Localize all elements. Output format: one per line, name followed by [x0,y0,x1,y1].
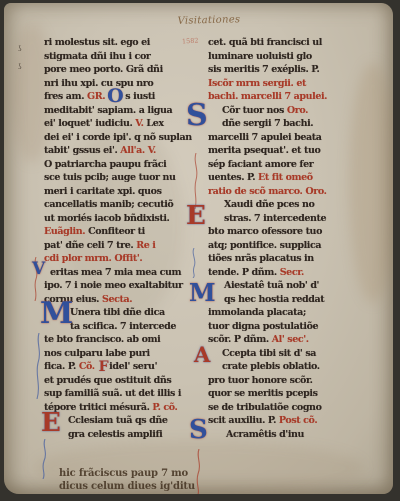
text-line: bachi. marcelli 7 apulei. [208,90,372,104]
initial-m-maiestatem: M [189,281,216,305]
text-line: pro tuor honore scõr. [208,374,372,388]
text-line: Cclesiam tuã qs dñe [44,414,200,428]
text-line: tépore tritici mésurã. P. cõ. [44,401,200,415]
text-line: Iscõr mrm sergii. et [208,77,372,91]
text-line: sup familiã suã. ut det illis i [44,387,200,401]
text-line: ipo. 7 i noie meo exaltabitur [44,279,200,293]
text-column-right: cet. quã bti francisci ulluminare uoluis… [208,36,372,441]
text-line: crate plebis oblatio. [208,360,372,374]
text-line: scõr. P dñm. Al' sec'. [208,333,372,347]
text-line: fica. P. Cõ. Fidel' seru' [44,360,200,374]
text-line: atq; pontifice. supplica [208,239,372,253]
text-line: tiões nrãs placatus in [208,252,372,266]
initial-v-veritas: V [32,261,45,278]
initial-a-accepta: A [194,344,210,365]
added-note: hic frãciscus paup 7 modicus celum diues… [59,467,195,493]
text-line: merita psequat'. et tuo [208,144,372,158]
text-line: fres am. GR.Os iusti [44,90,200,104]
text-line: sis meritis 7 exéplis. P. [208,63,372,77]
text-line: cet. quã bti francisci ul [208,36,372,50]
text-line: tuor digna postulatiõe [208,320,372,334]
penwork-flourish [190,248,198,282]
text-line: stras. 7 intercedente [208,212,372,226]
text-column-left: ri molestus sit. ego eistigmata dñi ihu … [44,36,200,441]
text-line: uentes. P. Et fit omeõ [208,171,372,185]
text-line: qs hec hostia reddat [208,293,372,307]
manuscript-page: Visitationes 1582 ʖ ʖ ri molestus sit. e… [4,3,393,494]
added-note-line: dicus celum diues ig'ditu [59,480,195,493]
text-line: Xaudi dñe pces no [208,198,372,212]
initial-e-exaudi: E [186,203,206,229]
text-line: cdi plor mrm. Offit'. [44,252,200,266]
text-line: ratio de scõ marco. Oro. [208,185,372,199]
text-line: immolanda placata; [208,306,372,320]
text-line: ri molestus sit. ego ei [44,36,200,50]
text-line: meditabit' sapiam. a ligua [44,104,200,118]
pen-trial-mark: ʖ [18,63,22,71]
text-line: dñe sergii 7 bachi. [208,117,372,131]
text-line: marcelli 7 apulei beata [208,131,372,145]
text-line: te bto francisco. ab omi [44,333,200,347]
text-line: Euãglin. Confiteor ti [44,225,200,239]
text-line: luminare uoluisti glo [208,50,372,64]
text-line: cancellatis manib; cecutiõ [44,198,200,212]
text-line: ei' loquet' iudiciu. V. Lex [44,117,200,131]
text-line: se de tribulatiõe cogno [208,401,372,415]
text-line: Ccepta tibi sit d' sa [208,347,372,361]
text-line: sép faciant amore fer [208,158,372,172]
text-line: pore meo porto. Grã dñi [44,63,200,77]
text-line: meri i caritate xpi. quos [44,185,200,199]
text-line: pat' dñe celi 7 tre. Re i [44,239,200,253]
text-line: O patriarcha paupu frãci [44,158,200,172]
text-line: eritas mea 7 mia mea cum [44,266,200,280]
text-line: nos culparu labe puri [44,347,200,361]
penwork-flourish [40,439,49,483]
text-line: Acramêtis d'inu [208,428,372,442]
text-line: sce tuis pcib; auge tuor nu [44,171,200,185]
text-line: scit auxiliu. P. Post cõ. [208,414,372,428]
pen-trial-mark: ʖ [18,45,22,53]
text-line: tabit' gssus ei'. All'a. V. [44,144,200,158]
text-line: stigmata dñi ihu i cor [44,50,200,64]
initial-s-sanctorum: S [186,101,208,131]
text-line: quor se meritis pcepis [208,387,372,401]
photo-background: Visitationes 1582 ʖ ʖ ri molestus sit. e… [0,0,400,501]
penwork-flourish [34,333,43,403]
text-line: tende. P dñm. Secr. [208,266,372,280]
text-line: et prudés que ostituit dñs [44,374,200,388]
text-line: bto marco ofessore tuo [208,225,372,239]
initial-e-ecclesiam: E [41,410,61,436]
penwork-flourish [194,449,203,494]
text-line: Cõr tuor nos Oro. [208,104,372,118]
text-line: ut moriés iacob bñdixisti. [44,212,200,226]
text-line: gra celestis amplifi [44,428,200,442]
text-line: Aiestatê tuã nob' d' [208,279,372,293]
initial-s-sacramentis: S [189,417,208,443]
header-annotation: Visitationes [154,14,264,28]
added-note-line: hic frãciscus paup 7 mo [59,467,195,480]
text-line: dei ei' i corde ipi'. q nõ suplan [44,131,200,145]
initial-m-munera: M [40,299,73,329]
